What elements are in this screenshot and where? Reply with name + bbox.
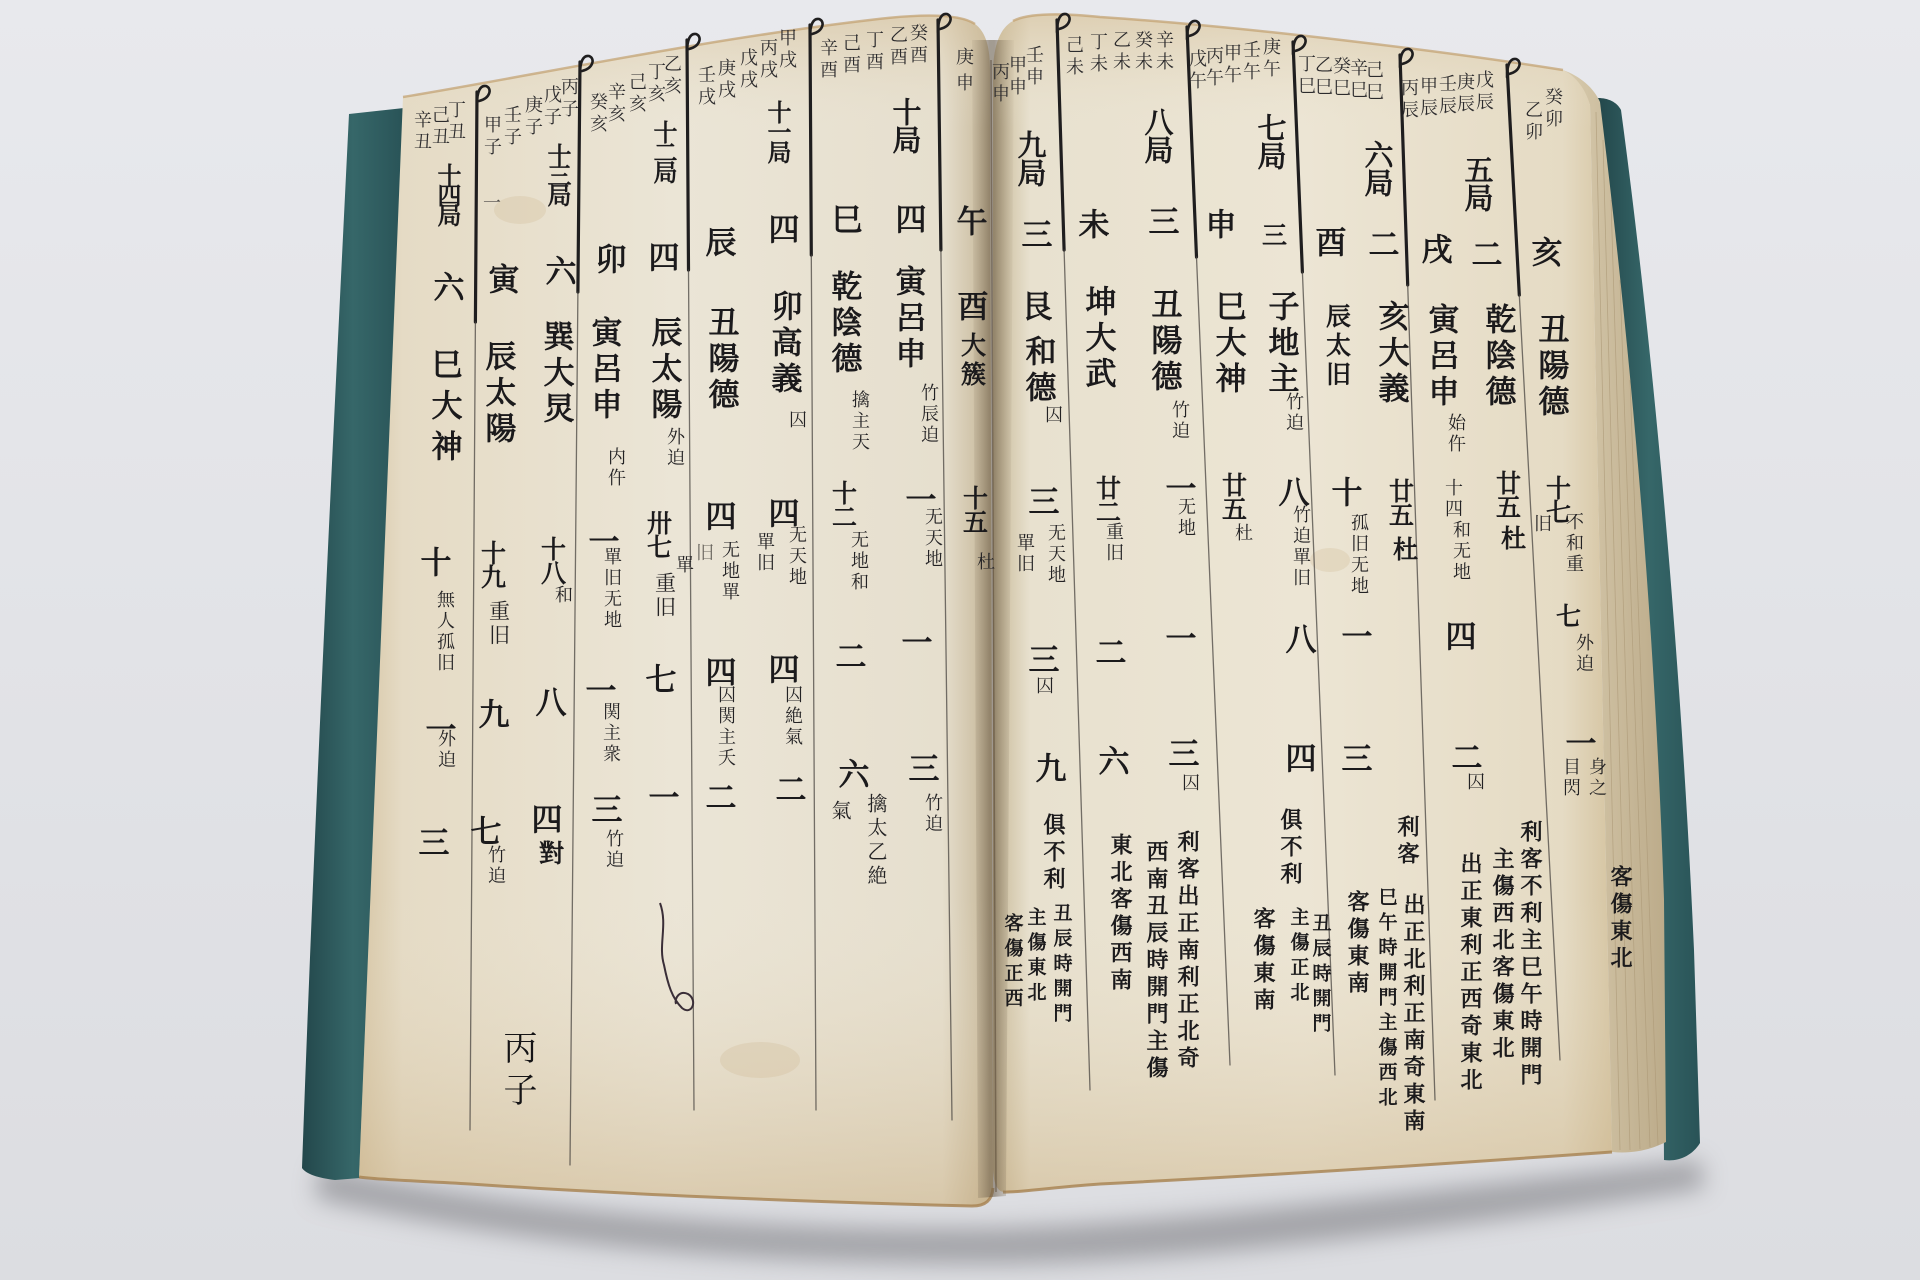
- annotation: 外迫: [436, 729, 454, 771]
- cell-number: 三: [588, 793, 619, 829]
- cell-number: 四: [1442, 620, 1473, 656]
- cell-text: 丑陽德: [1148, 288, 1179, 396]
- annotation: 孤旧无地: [1349, 513, 1367, 597]
- stem-branch-header: 乙未: [1111, 30, 1129, 74]
- annotation: 擒主天: [850, 390, 868, 453]
- direction-note: 巳午時開門主傷西北: [1377, 887, 1396, 1112]
- stem-branch-header: 辛未: [1154, 30, 1172, 74]
- annotation: 氣: [830, 800, 850, 823]
- stem-branch-header: 丁亥: [646, 62, 664, 106]
- cell-number: 十二: [831, 480, 856, 528]
- direction-note: 出正北利正南奇東南: [1402, 893, 1424, 1136]
- direction-note: 利客出正南利正北奇: [1176, 830, 1198, 1073]
- cell-number: 十: [1328, 476, 1359, 512]
- cell-text: 乾陰德: [828, 270, 859, 378]
- stem-branch-header: 乙卯: [1523, 100, 1541, 144]
- cell-number: 二: [1365, 228, 1396, 264]
- cell-number: 三: [905, 752, 936, 788]
- annotation: 和无地: [1451, 520, 1469, 583]
- cell-text: 巳: [828, 203, 859, 239]
- direction-note: 俱不利: [1279, 808, 1301, 889]
- direction-note: 主傷東北: [1026, 907, 1045, 1007]
- annotation: 関主衆: [601, 702, 619, 765]
- annotation: 外迫: [1574, 633, 1592, 675]
- annotation: 无地單: [720, 540, 738, 603]
- cell-text: 巳大神: [1212, 290, 1243, 398]
- cell-number: 四: [702, 500, 733, 536]
- cell-text: 丑陽德: [705, 306, 736, 414]
- cell-text: 酉: [954, 290, 985, 326]
- cell-text: 午: [953, 205, 984, 241]
- annotation: 單旧: [755, 532, 773, 574]
- stem-branch-header: 辛丑: [412, 110, 430, 154]
- annotation: 旧: [1532, 514, 1550, 535]
- stem-branch-header: 癸未: [1133, 30, 1151, 74]
- stem-branch-header: 甲戌: [777, 28, 795, 72]
- cell-number: 二: [1092, 636, 1123, 672]
- annotation: 杜: [975, 552, 993, 573]
- cell-text: 寅呂申: [588, 316, 619, 424]
- cell-number: 二: [1468, 238, 1499, 274]
- annotation: 囚: [1180, 773, 1198, 794]
- cell-number: 六: [1095, 745, 1126, 781]
- annotation: 无天地: [787, 525, 805, 588]
- ju-label: 十三局: [545, 143, 569, 203]
- cell-number: 十四: [1443, 478, 1461, 520]
- cell-number: 六: [835, 758, 866, 794]
- book-illustration: [0, 0, 1920, 1280]
- annotation: 和: [553, 585, 571, 606]
- stem-branch-header: 辛亥: [606, 82, 624, 126]
- annotation: 單: [674, 555, 692, 576]
- stem-branch-header: 甲子: [482, 115, 500, 159]
- annotation: 囚: [1043, 405, 1061, 426]
- stem-branch-header: 庚辰: [1455, 72, 1473, 116]
- annotation: 外迫: [665, 427, 683, 469]
- cell-number: 四: [892, 203, 923, 239]
- book-photo: 癸卯 乙卯 亥 丑陽德 十七 旧 不和重 七 外迫 一 身之 目閃 客傷東北 戊…: [0, 0, 1920, 1280]
- annotation: 竹迫: [486, 845, 504, 887]
- cell-number: 一: [645, 781, 676, 817]
- cell-number: 三: [1165, 737, 1196, 773]
- stem-branch-header: 壬午: [1241, 40, 1259, 84]
- cell-number: 十八: [540, 536, 565, 584]
- cell-text: 辰太陽: [482, 340, 513, 448]
- annotation: 杜: [1500, 525, 1525, 554]
- stem-branch-header: 庚戌: [716, 58, 734, 102]
- cell-number: 三: [1338, 742, 1369, 778]
- direction-note: 西南丑辰時開門主傷: [1145, 840, 1167, 1083]
- ju-label: 七局: [1256, 113, 1285, 169]
- cell-number: 六: [542, 255, 573, 291]
- cell-number: 四: [528, 803, 559, 839]
- cell-text: 辰太陽: [648, 316, 679, 424]
- annotation: 擒太乙絶: [866, 793, 886, 889]
- cell-number: 九: [1032, 752, 1063, 788]
- annotation: 身之: [1587, 757, 1605, 799]
- annotation: 竹辰迫: [919, 383, 937, 446]
- cell-number: 一: [898, 626, 929, 662]
- ju-label: 十一局: [765, 100, 789, 160]
- direction-note: 丑辰時開門: [1311, 913, 1330, 1038]
- stem-branch-header: 戊辰: [1474, 70, 1492, 114]
- stem-branch-header: 庚子: [523, 95, 541, 139]
- cell-number: 廿五: [1388, 478, 1413, 526]
- stem-branch-header: 丙辰: [1399, 78, 1417, 122]
- stem-branch-header: 丁巳: [1296, 54, 1314, 98]
- cell-text: 巳大神: [428, 348, 459, 471]
- cell-text: 亥: [1528, 236, 1559, 272]
- cell-number: 四: [1282, 742, 1313, 778]
- annotation: 重旧: [488, 600, 509, 648]
- cell-number: 廿五: [1495, 470, 1520, 518]
- cell-number: 六: [430, 271, 461, 307]
- stem-branch-header: 癸酉: [908, 23, 926, 67]
- stem-branch-header: 丙申: [990, 62, 1008, 106]
- cell-number: 四: [765, 213, 796, 249]
- annotation: 竹迫: [1284, 392, 1302, 434]
- annotation: 囚: [1465, 772, 1483, 793]
- direction-note: 利客不利主巳午時開門: [1519, 820, 1541, 1090]
- annotation: 囚関主夭: [716, 685, 734, 769]
- stem-branch-header: 丁酉: [864, 30, 882, 74]
- stem-branch-header: 壬戌: [696, 65, 714, 109]
- cell-number: 二: [772, 773, 803, 809]
- stem-branch-header: 戊午: [1187, 49, 1205, 93]
- ju-label: 十二局: [651, 120, 675, 180]
- direction-note: 東北客傷西南: [1109, 833, 1131, 995]
- stem-branch-header: 壬辰: [1437, 74, 1455, 118]
- cell-number: 三: [1018, 218, 1049, 254]
- cell-text: 艮: [1018, 290, 1049, 326]
- cell-text: 子地主: [1265, 290, 1296, 398]
- annotation: 囚: [787, 410, 805, 431]
- cell-text: 寅呂申: [892, 265, 923, 373]
- stem-branch-header: 癸亥: [588, 92, 606, 136]
- cell-mark: 一: [481, 193, 499, 214]
- annotation: 無人孤旧: [435, 590, 453, 674]
- margin-note: 丙子: [500, 1030, 534, 1114]
- cell-text: 辰太旧: [1325, 303, 1350, 390]
- annotation: 杜: [1392, 536, 1417, 565]
- ju-label: 六局: [1363, 140, 1392, 196]
- annotation: 无地和: [849, 530, 867, 593]
- stem-branch-header: 己未: [1064, 35, 1082, 79]
- annotation: 重旧: [654, 572, 675, 620]
- ju-label: 八局: [1143, 107, 1172, 163]
- direction-note: 主傷西北客傷東北: [1491, 847, 1513, 1063]
- cell-number: 三: [1261, 222, 1286, 251]
- annotation: 單旧: [1015, 533, 1033, 575]
- direction-note: 客傷東北: [1609, 865, 1631, 973]
- stem-branch-header: 己丑: [430, 105, 448, 149]
- cell-text: 乾陰德: [1482, 303, 1513, 411]
- cell-number: 十九: [480, 540, 505, 588]
- annotation: 不和重: [1564, 512, 1582, 575]
- annotation: 囚絶氣: [783, 685, 801, 748]
- cell-number: 二: [702, 781, 733, 817]
- cell-text: 酉: [1312, 226, 1343, 262]
- cell-text: 未: [1075, 208, 1106, 244]
- annotation: 單旧无地: [602, 547, 620, 631]
- direction-note: 客傷東南: [1252, 907, 1274, 1015]
- annotation: 竹迫: [604, 829, 622, 871]
- cell-number: 卅七: [646, 510, 671, 558]
- annotation: 竹迫: [923, 793, 941, 835]
- annotation: 對: [538, 840, 563, 869]
- cell-number: 七: [642, 663, 673, 699]
- annotation: 竹迫: [1170, 400, 1188, 442]
- cell-text: 坤大武: [1082, 285, 1113, 393]
- annotation: 内仵: [606, 447, 624, 489]
- stem-branch-header: 癸巳: [1331, 56, 1349, 100]
- cell-number: 九: [475, 698, 506, 734]
- cell-text: 卯: [592, 243, 623, 279]
- cell-number: 四: [765, 653, 796, 689]
- stem-branch-header: 甲辰: [1418, 76, 1436, 120]
- cell-number: 二: [832, 640, 863, 676]
- cell-number: 三: [1145, 205, 1176, 241]
- annotation: 无天地: [923, 507, 941, 570]
- cell-number: 三: [415, 826, 446, 862]
- cell-text: 巽大炅: [540, 320, 571, 428]
- annotation: 旧: [694, 543, 712, 564]
- cell-text: 辰: [702, 226, 733, 262]
- stem-branch-header: 己酉: [841, 33, 859, 77]
- cell-text: 亥大義: [1375, 300, 1406, 408]
- direction-note: 丑辰時開門: [1052, 903, 1071, 1028]
- stem-branch-header: 辛酉: [818, 38, 836, 82]
- stem-branch-header: 乙酉: [888, 25, 906, 69]
- ju-label: 九局: [1016, 130, 1045, 186]
- cell-number: 一: [1162, 622, 1193, 658]
- stem-branch-header: 戊戌: [738, 48, 756, 92]
- cell-number: 七: [1555, 603, 1580, 632]
- stem-branch-header: 癸卯: [1543, 87, 1561, 131]
- cell-number: 八: [1282, 623, 1313, 659]
- annotation: 囚: [1034, 676, 1052, 697]
- ju-label: 五局: [1463, 155, 1492, 211]
- ju-label: 十四局: [435, 163, 459, 223]
- cell-text: 丑陽德: [1535, 313, 1566, 421]
- stem-branch-header: 庚申: [954, 47, 972, 99]
- cell-number: 廿二: [1095, 475, 1120, 523]
- stem-branch-header: 壬子: [502, 105, 520, 149]
- stem-branch-header: 戊子: [542, 85, 560, 129]
- cell-number: 一: [1338, 620, 1369, 656]
- annotation: 重旧: [1104, 522, 1122, 564]
- cell-number: 三: [1025, 485, 1056, 521]
- direction-note: 客傷東南: [1346, 890, 1368, 998]
- annotation: 无天地: [1046, 523, 1064, 586]
- annotation: 无地: [1176, 497, 1194, 539]
- cell-text: 申: [1202, 208, 1233, 244]
- annotation: 杜: [1233, 523, 1251, 544]
- direction-note: 俱不利: [1042, 813, 1064, 894]
- stem-branch-header: 庚午: [1261, 37, 1279, 81]
- annotation: 始仵: [1446, 413, 1464, 455]
- ju-label: 十局: [891, 97, 920, 153]
- direction-note: 客傷正西: [1003, 913, 1022, 1013]
- stem-branch-header: 己亥: [627, 72, 645, 116]
- cell-number: 三: [1025, 643, 1056, 679]
- direction-note: 利客: [1396, 815, 1418, 869]
- cell-text: 寅: [485, 263, 516, 299]
- cell-number: 十: [417, 546, 448, 582]
- stem-branch-header: 丁未: [1088, 32, 1106, 76]
- direction-note: 主傷正北: [1289, 907, 1308, 1007]
- direction-note: 出正東利正西奇東北: [1459, 852, 1481, 1095]
- cell-number: 廿五: [1221, 472, 1246, 520]
- cell-text: 和德: [1022, 335, 1053, 407]
- stem-branch-header: 丙戌: [758, 38, 776, 82]
- cell-text: 大簇: [960, 332, 985, 390]
- stem-branch-header: 甲午: [1222, 43, 1240, 87]
- annotation: 目閃: [1561, 757, 1579, 799]
- cell-number: 四: [645, 241, 676, 277]
- cell-text: 卯高義: [768, 290, 799, 398]
- cell-text: 寅呂申: [1425, 303, 1456, 411]
- annotation: 竹迫單旧: [1291, 505, 1309, 589]
- cell-number: 十五: [962, 485, 987, 533]
- cell-number: 八: [532, 686, 563, 722]
- cell-text: 戌: [1418, 233, 1449, 269]
